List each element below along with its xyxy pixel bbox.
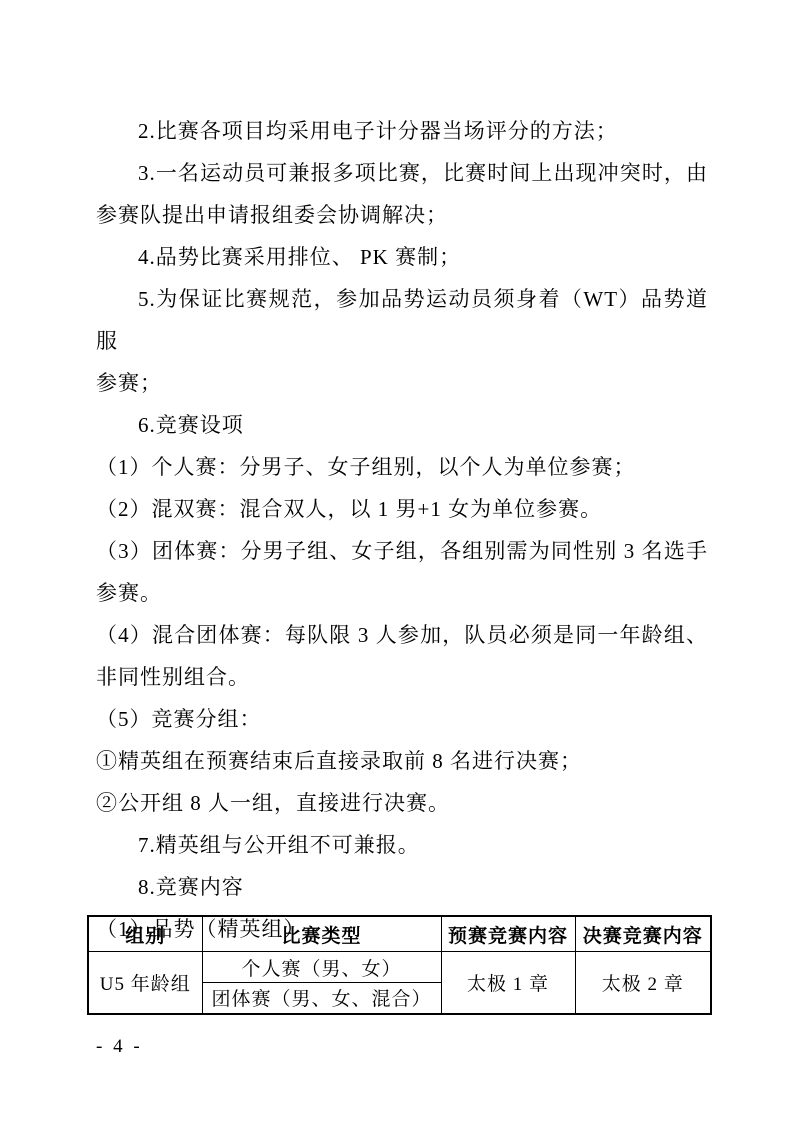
document-page: 2.比赛各项目均采用电子计分器当场评分的方法； 3.一名运动员可兼报多项比赛，比… xyxy=(0,0,793,1122)
cell-preliminary: 太极 1 章 xyxy=(441,952,575,1014)
cell-type-individual: 个人赛（男、女） xyxy=(202,952,441,983)
text-line: 6.竞赛设项 xyxy=(96,404,708,446)
text-line: 8.竞赛内容 xyxy=(96,866,708,908)
competition-content-table: 组别 比赛类型 预赛竞赛内容 决赛竞赛内容 U5 年龄组 个人赛（男、女） 太极… xyxy=(87,915,712,1015)
text-line: ②公开组 8 人一组，直接进行决赛。 xyxy=(96,782,708,824)
text-line: （3）团体赛：分男子组、女子组，各组别需为同性别 3 名选手 xyxy=(96,530,708,572)
text-line: （1）个人赛：分男子、女子组别，以个人为单位参赛； xyxy=(96,446,708,488)
header-cell-match-type: 比赛类型 xyxy=(202,916,441,952)
text-line: 4.品势比赛采用排位、 PK 赛制； xyxy=(96,236,708,278)
text-line: 3.一名运动员可兼报多项比赛，比赛时间上出现冲突时，由 xyxy=(96,152,708,194)
header-cell-preliminary: 预赛竞赛内容 xyxy=(441,916,575,952)
header-cell-group: 组别 xyxy=(88,916,202,952)
text-line: （2）混双赛：混合双人，以 1 男+1 女为单位参赛。 xyxy=(96,488,708,530)
text-line: 7.精英组与公开组不可兼报。 xyxy=(96,824,708,866)
table-header-row: 组别 比赛类型 预赛竞赛内容 决赛竞赛内容 xyxy=(88,916,711,952)
table-row: U5 年龄组 个人赛（男、女） 太极 1 章 太极 2 章 xyxy=(88,952,711,983)
page-number: - 4 - xyxy=(96,1036,143,1058)
text-line: 参赛队提出申请报组委会协调解决； xyxy=(96,194,708,236)
text-line: 非同性别组合。 xyxy=(96,656,708,698)
header-cell-final: 决赛竞赛内容 xyxy=(575,916,711,952)
text-line: 2.比赛各项目均采用电子计分器当场评分的方法； xyxy=(96,110,708,152)
text-line: 5.为保证比赛规范，参加品势运动员须身着（WT）品势道服 xyxy=(96,278,708,362)
text-line: 参赛。 xyxy=(96,572,708,614)
text-line: （4）混合团体赛：每队限 3 人参加，队员必须是同一年龄组、 xyxy=(96,614,708,656)
text-line: 参赛； xyxy=(96,362,708,404)
cell-age-group: U5 年龄组 xyxy=(88,952,202,1014)
document-body: 2.比赛各项目均采用电子计分器当场评分的方法； 3.一名运动员可兼报多项比赛，比… xyxy=(96,110,708,950)
cell-type-team: 团体赛（男、女、混合） xyxy=(202,983,441,1014)
text-line: ①精英组在预赛结束后直接录取前 8 名进行决赛； xyxy=(96,740,708,782)
cell-final: 太极 2 章 xyxy=(575,952,711,1014)
text-line: （5）竞赛分组： xyxy=(96,698,708,740)
